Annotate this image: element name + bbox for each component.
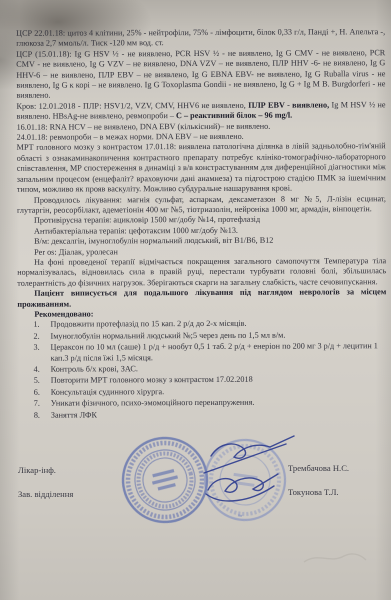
c-reactive-protein: С – реактивний білок – 96 mg/l. <box>176 111 292 121</box>
item-text: Заняття ЛФК <box>51 409 387 421</box>
doctor-role-label: Лікар-інф. <box>18 465 56 475</box>
recommendation-item: 6.Консультація судинного хірурга. <box>34 386 387 398</box>
discharge-statement: Пацієнт виписується для подальшого лікув… <box>17 287 386 309</box>
recommendation-item: 2.Імуноглобулін нормальний людський №;5 … <box>33 330 386 342</box>
item-text: Консультація судинного хірурга. <box>51 386 387 398</box>
csf-results-22-01: ЦСР 22.01.18: цитоз 4 клітини, 25% - ней… <box>16 27 385 49</box>
item-number: 4. <box>34 365 51 375</box>
doctor-name: Трембачова Н.С. <box>288 463 349 473</box>
item-number: 8. <box>34 410 51 420</box>
item-text: Контроль б/х крові, ЗАС. <box>51 363 387 375</box>
head-of-department-name: Токунова Т.Л. <box>288 487 339 497</box>
signature-row-head: Зав. відділення Токунова Т.Л. <box>0 486 391 510</box>
blood-results-segment: Кров: 12.01.2018 - ПЛР: HSV1/2, VZV, CMV… <box>16 101 248 111</box>
item-number: 7. <box>34 399 51 409</box>
recommendation-item: 1.Продовжити протефлазід по 15 кап. 2 р/… <box>33 319 386 331</box>
medical-discharge-text: ЦСР 22.01.18: цитоз 4 клітини, 25% - ней… <box>16 27 387 422</box>
item-number: 1. <box>33 320 50 330</box>
signature-row-doctor: Лікар-інф. Трембачова Н.С. <box>0 462 391 486</box>
recommendation-item: 3.Цераксон по 10 мл (саше) 1 р/д + нообу… <box>34 341 387 363</box>
recommendation-item: 5.Повторити МРТ головного мозку з контра… <box>34 375 387 387</box>
recommendation-item: 7.Уникати фізичного, психо-эмомоційного … <box>34 397 387 409</box>
recommendation-item: 8.Заняття ЛФК <box>34 409 387 421</box>
recommendations-list: 1.Продовжити протефлазід по 15 кап. 2 р/… <box>17 319 386 421</box>
item-number: 2. <box>33 331 50 341</box>
mri-findings-paragraph: МРТ головного мозку з контрастом 17.01.1… <box>17 142 386 196</box>
signature-block: Лікар-інф. Трембачова Н.С. Зав. відділен… <box>0 462 391 510</box>
blood-results-paragraph: Кров: 12.01.2018 - ПЛР: HSV1/2, VZV, CMV… <box>16 100 385 122</box>
head-of-department-role-label: Зав. відділення <box>18 489 73 499</box>
recommendation-item: 4.Контроль б/х крові, ЗАС. <box>34 363 387 375</box>
item-number: 5. <box>34 376 51 386</box>
document-photo: ЦСР 22.01.18: цитоз 4 клітини, 25% - ней… <box>0 0 391 600</box>
item-text: Продовжити протефлазід по 15 кап. 2 р/д … <box>50 319 386 331</box>
therapy-outcome-paragraph: На фоні проведеної терапії відмічається … <box>17 256 386 289</box>
item-number: 3. <box>34 343 51 364</box>
plr-ebv-detected: ПЛР EBV - виявлено, <box>248 100 329 109</box>
item-text: Уникати фізичного, психо-эмомоційного пе… <box>51 397 387 409</box>
item-number: 6. <box>34 387 51 397</box>
item-text: Цераксон по 10 мл (саше) 1 р/д + нообут … <box>51 341 387 363</box>
csf-results-15-01: ЦСР (15.01.18): Ig G HSV ½ - не виявлено… <box>16 48 385 102</box>
treatment-paragraph: Проводилось лікування: магнія сульфат, а… <box>17 194 386 216</box>
item-text: Імуноглобулін нормальний людський №;5 че… <box>50 330 386 342</box>
item-text: Повторити МРТ головного мозку з контраст… <box>51 375 387 387</box>
paper-crease-mark <box>300 548 370 568</box>
